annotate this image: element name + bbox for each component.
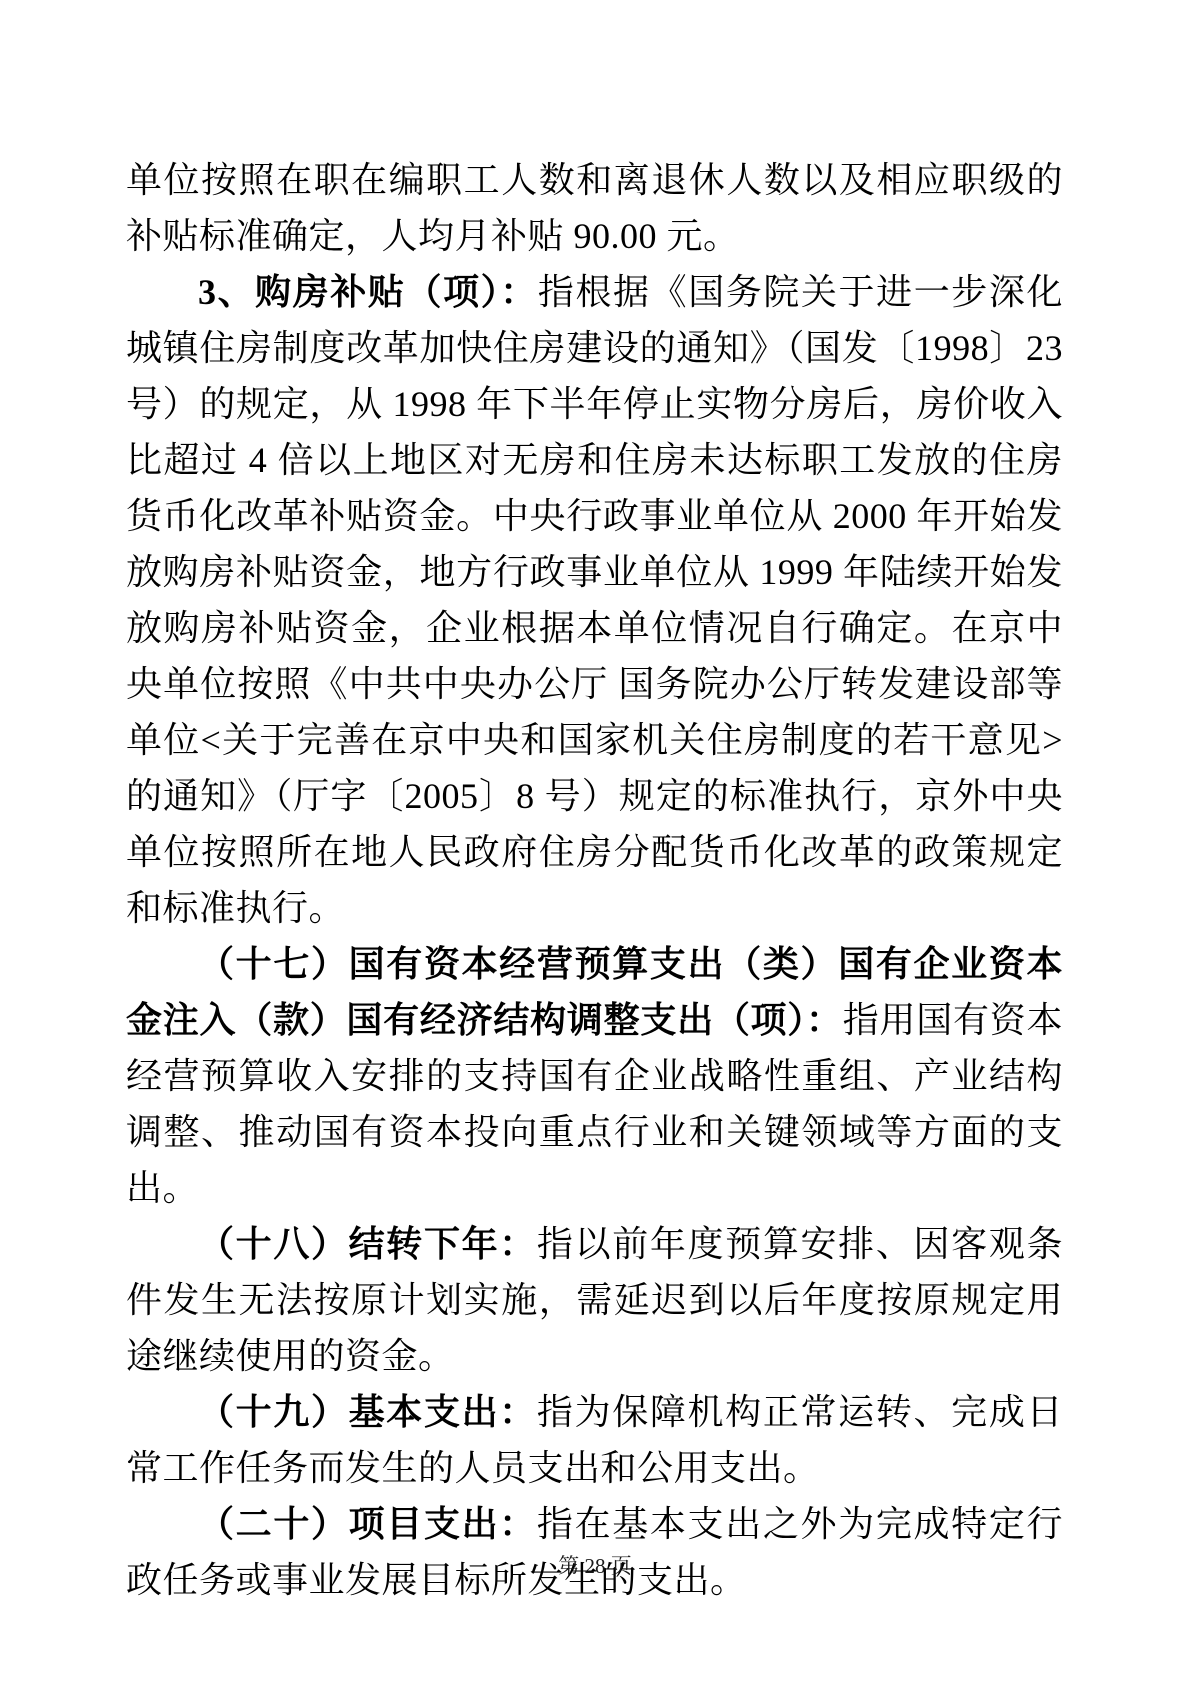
page-number: 第 28 页 (0, 1551, 1190, 1581)
paragraph-lead: 3、购房补贴（项）： (198, 272, 538, 312)
paragraph-carryover: （十八）结转下年：指以前年度预算安排、因客观条件发生无法按原计划实施，需延迟到以… (126, 1216, 1063, 1384)
document-page: 单位按照在职在编职工人数和离退休人数以及相应职级的补贴标准确定，人均月补贴 90… (0, 0, 1190, 1683)
paragraph-state-capital: （十七）国有资本经营预算支出（类）国有企业资本金注入（款）国有经济结构调整支出（… (126, 936, 1063, 1216)
paragraph-text: 单位按照在职在编职工人数和离退休人数以及相应职级的补贴标准确定，人均月补贴 90… (126, 160, 1063, 256)
document-body: 单位按照在职在编职工人数和离退休人数以及相应职级的补贴标准确定，人均月补贴 90… (126, 152, 1063, 1608)
paragraph-housing-subsidy: 3、购房补贴（项）：指根据《国务院关于进一步深化城镇住房制度改革加快住房建设的通… (126, 264, 1063, 936)
paragraph-lead: （十九）基本支出： (198, 1392, 537, 1432)
paragraph-continuation: 单位按照在职在编职工人数和离退休人数以及相应职级的补贴标准确定，人均月补贴 90… (126, 152, 1063, 264)
paragraph-lead: （二十）项目支出： (198, 1504, 537, 1544)
paragraph-basic-expenditure: （十九）基本支出：指为保障机构正常运转、完成日常工作任务而发生的人员支出和公用支… (126, 1384, 1063, 1496)
paragraph-lead: （十八）结转下年： (198, 1224, 537, 1264)
paragraph-text: 指根据《国务院关于进一步深化城镇住房制度改革加快住房建设的通知》（国发〔1998… (126, 272, 1063, 928)
